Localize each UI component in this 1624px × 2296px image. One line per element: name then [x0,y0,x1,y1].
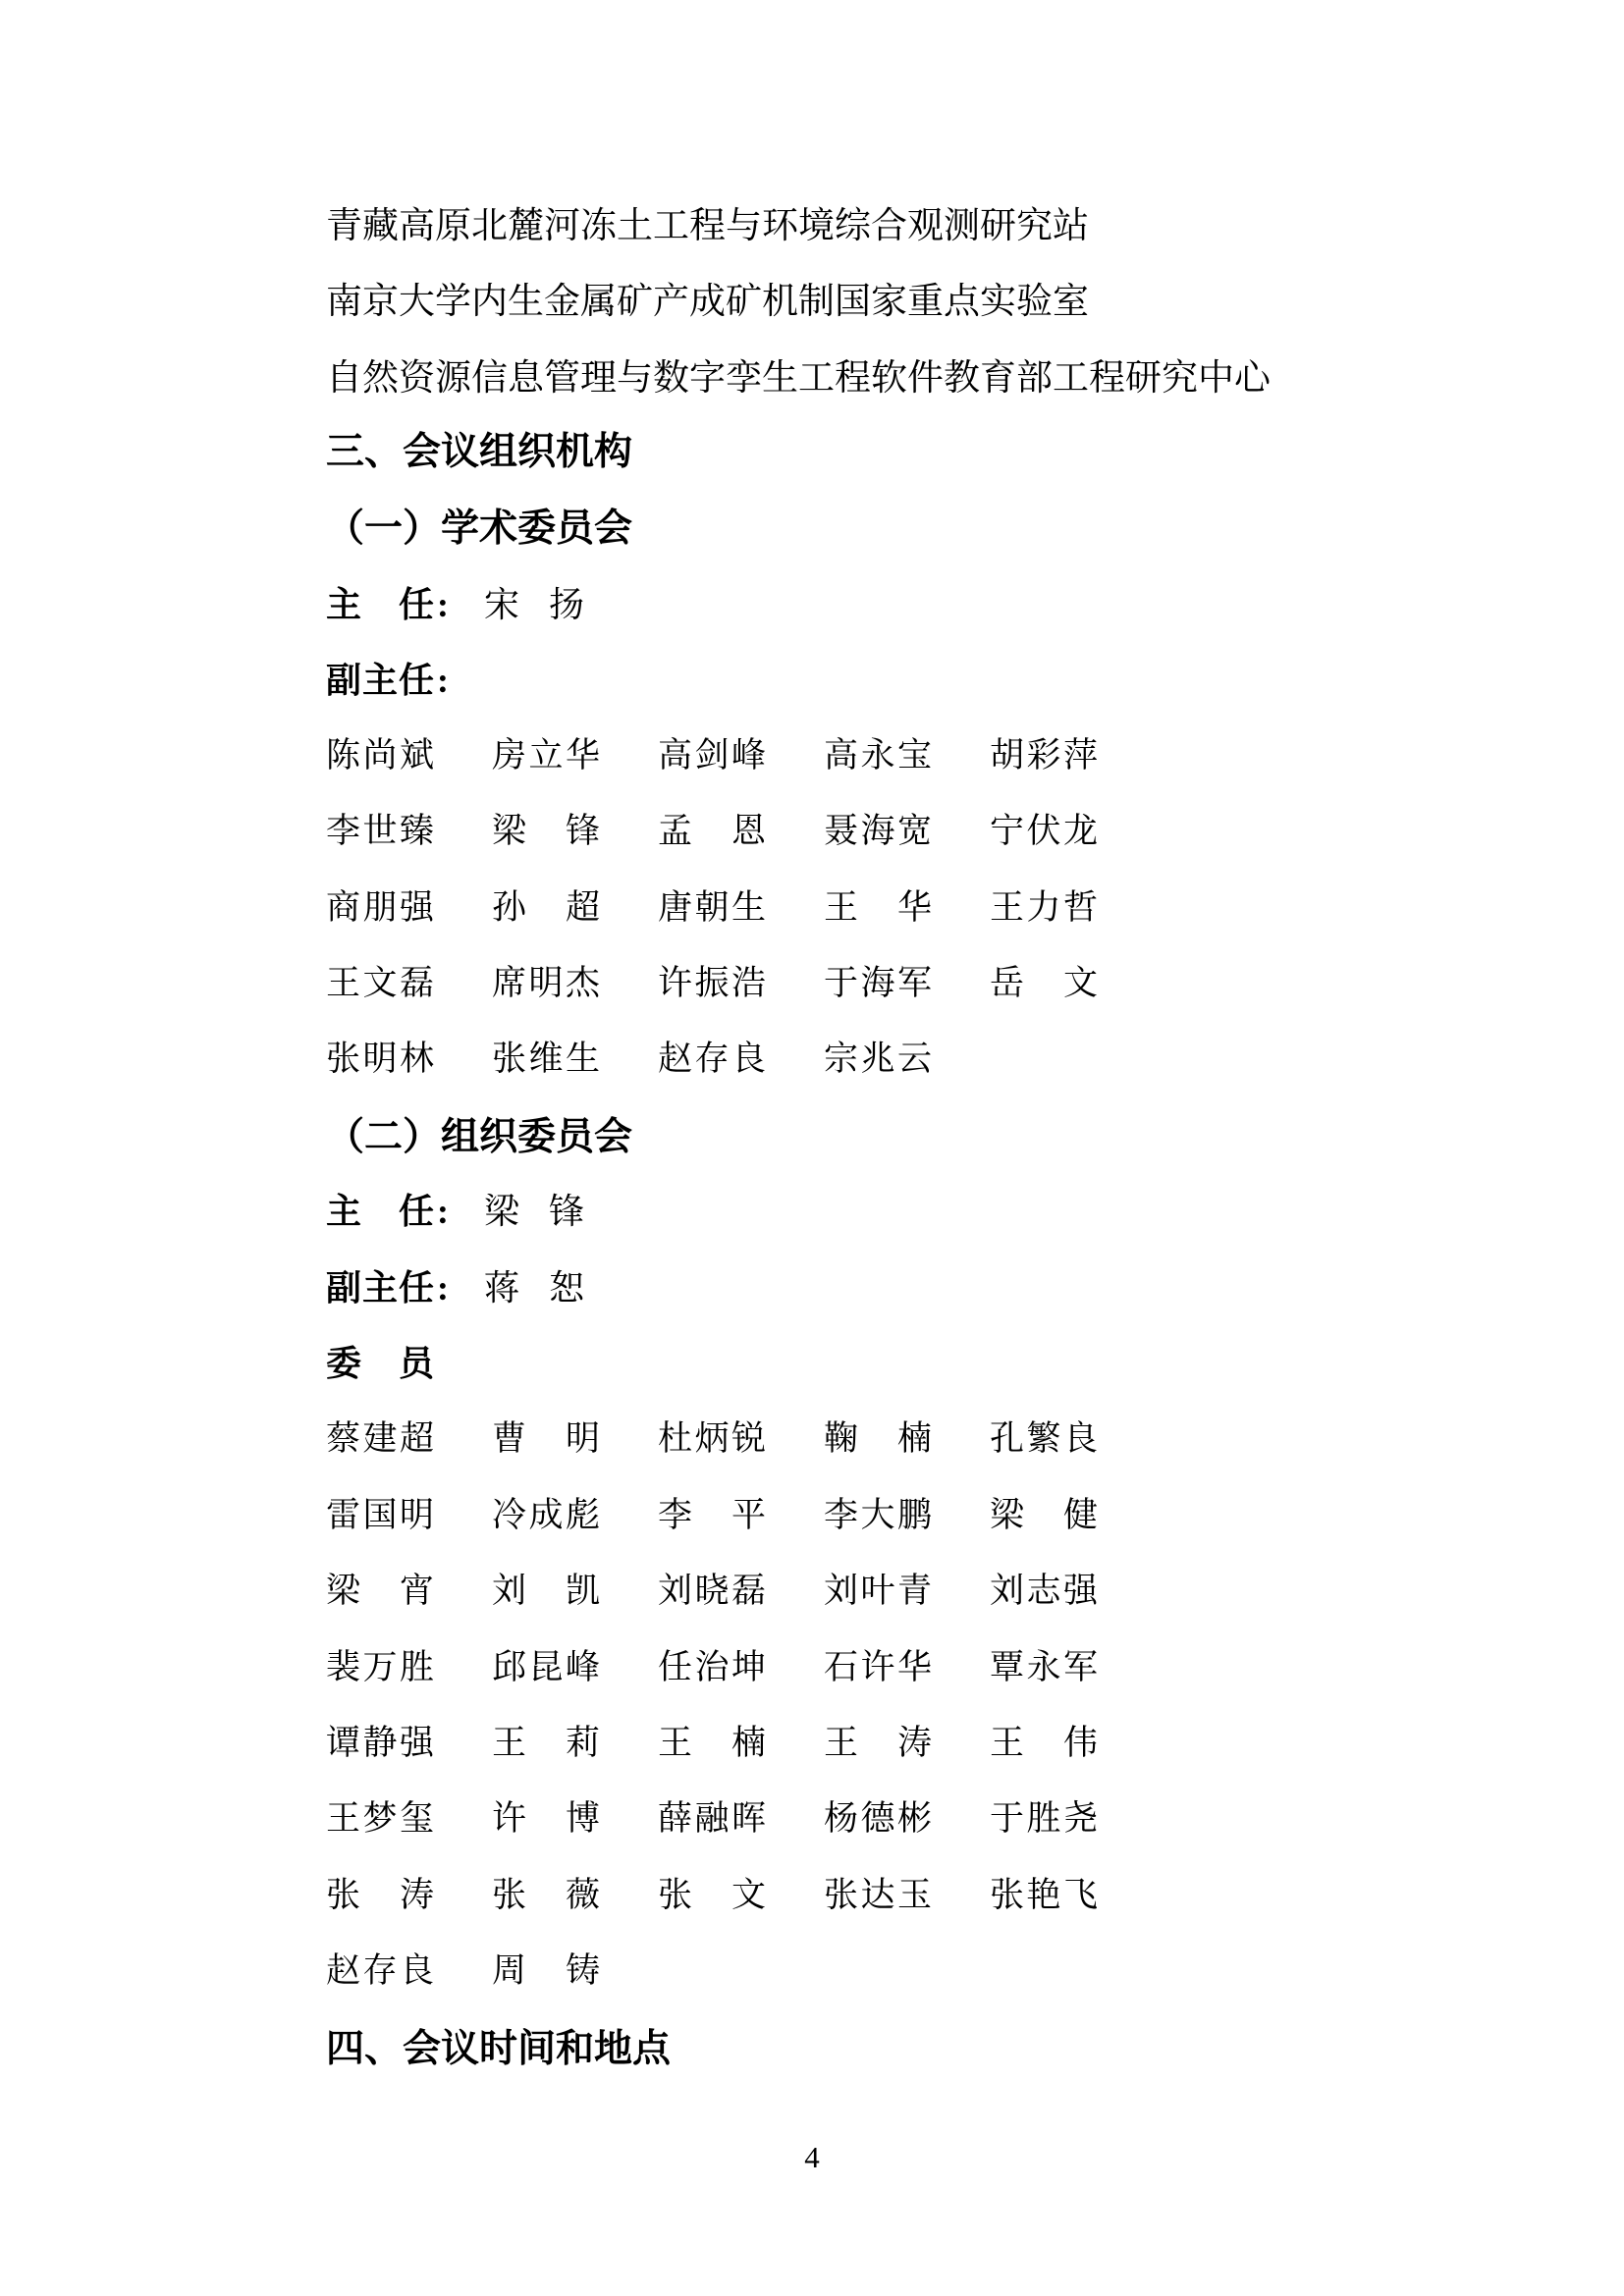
subsection-heading-academic-committee: （一）学术委员会 [326,509,632,548]
char: 生 [731,890,766,925]
member-name: 商朋强 [326,890,434,925]
member-name: 许博 [492,1801,600,1836]
char: 梁 [484,1194,519,1229]
member-name: 陈尚斌 [326,738,434,773]
char: 达 [860,1878,894,1912]
char: 聂 [824,814,858,848]
char: 薛 [658,1801,692,1836]
colon: : [437,663,449,698]
char: 谭 [326,1726,360,1760]
char: 良 [1063,1421,1098,1456]
char: 文 [1063,966,1098,1000]
char: 明 [528,966,563,1000]
name-row: 蔡建超曹明杜炳锐鞠楠孔繁良 [326,1421,1098,1456]
member-name: 王文磊 [326,966,434,1000]
document-page: 青藏高原北麓河冻土工程与环境综合观测研究站 南京大学内生金属矿产成矿机制国家重点… [0,0,1624,2296]
char: 胜 [400,1650,434,1684]
char: 建 [362,1421,397,1456]
char: 刘 [824,1574,858,1608]
char: 存 [362,1953,397,1988]
member-name: 李大鹏 [824,1498,932,1532]
vice-chair-label: 副主任 [326,1270,434,1306]
name-row: 商朋强孙超唐朝生王华王力哲 [326,890,1098,925]
char: 宗 [824,1041,858,1076]
char: 主 [326,587,361,622]
char: 尚 [362,738,397,773]
name-row: 陈尚斌房立华高剑峰高永宝胡彩萍 [326,738,1098,773]
char: 健 [1063,1498,1098,1532]
char: 委 [326,1346,361,1381]
chair-label: 主任 [326,587,434,622]
char: 龙 [1063,814,1098,848]
char: 坤 [731,1650,766,1684]
char: 任 [399,587,434,622]
char: 兆 [860,1041,894,1076]
char: 王 [990,1726,1024,1760]
char: 张 [326,1878,360,1912]
char: 胡 [990,738,1024,773]
char: 陈 [326,738,360,773]
char: 斌 [400,738,434,773]
char: 存 [694,1041,729,1076]
char: 王 [824,890,858,925]
char: 华 [897,890,932,925]
char: 员 [399,1346,434,1381]
char: 峰 [566,1650,600,1684]
char: 朋 [362,890,397,925]
char: 王 [990,890,1024,925]
name-row: 王梦玺许博薛融晖杨德彬于胜尧 [326,1801,1098,1836]
vice-chair-name: 蒋恕 [484,1270,584,1306]
char: 良 [400,1953,434,1988]
member-name: 梁宵 [326,1574,434,1608]
char: 锋 [549,1194,584,1229]
char: 维 [528,1041,563,1076]
member-name: 赵存良 [658,1041,766,1076]
name-row: 赵存良周铸 [326,1953,600,1988]
char: 超 [566,890,600,925]
member-name: 王伟 [990,1726,1098,1760]
char: 岳 [990,966,1024,1000]
char: 杨 [824,1801,858,1836]
char: 彬 [897,1801,932,1836]
char: 振 [694,966,729,1000]
char: 裴 [326,1650,360,1684]
member-name: 席明杰 [492,966,600,1000]
member-name: 杜炳锐 [658,1421,766,1456]
char: 张 [492,1041,526,1076]
member-name: 刘志强 [990,1574,1098,1608]
char: 伏 [1026,814,1060,848]
member-name: 张薇 [492,1878,600,1912]
member-name: 王莉 [492,1726,600,1760]
char: 房 [492,738,526,773]
char: 昆 [528,1650,563,1684]
char: 王 [492,1726,526,1760]
char: 华 [897,1650,932,1684]
name-row: 谭静强王莉王楠王涛王伟 [326,1726,1098,1760]
char: 锋 [566,814,600,848]
char: 青 [897,1574,932,1608]
char: 王 [326,1801,360,1836]
char: 许 [658,966,692,1000]
char: 王 [658,1726,692,1760]
char: 剑 [694,738,729,773]
member-name: 王梦玺 [326,1801,434,1836]
char: 哲 [1063,890,1098,925]
char: 覃 [990,1650,1024,1684]
char: 李 [824,1498,858,1532]
char: 许 [860,1650,894,1684]
char: 主 [362,663,398,698]
member-name: 张文 [658,1878,766,1912]
char: 飞 [1063,1878,1098,1912]
member-name: 冷成彪 [492,1498,600,1532]
char: 高 [658,738,692,773]
char: 力 [1026,890,1060,925]
char: 楠 [897,1421,932,1456]
colon: : [437,1270,449,1306]
academic-vice-chair-line: 副主任: [326,663,449,698]
char: 文 [731,1878,766,1912]
char: 张 [824,1878,858,1912]
member-name: 张达玉 [824,1878,932,1912]
char: 永 [1026,1650,1060,1684]
char: 邱 [492,1650,526,1684]
char: 云 [897,1041,932,1076]
char: 博 [566,1801,600,1836]
char: 浩 [731,966,766,1000]
char: 涛 [897,1726,932,1760]
char: 雷 [326,1498,360,1532]
subsection-heading-organizing-committee: （二）组织委员会 [326,1118,632,1156]
char: 伟 [1063,1726,1098,1760]
char: 萍 [1063,738,1098,773]
char: 石 [824,1650,858,1684]
member-name: 宗兆云 [824,1041,932,1076]
char: 华 [566,738,600,773]
char: 世 [362,814,397,848]
char: 梦 [362,1801,397,1836]
char: 梁 [492,814,526,848]
char: 副 [326,663,361,698]
organizing-vice-chair-line: 副主任:蒋恕 [326,1270,584,1306]
member-name: 张维生 [492,1041,600,1076]
char: 万 [362,1650,397,1684]
char: 赵 [326,1953,360,1988]
char: 宽 [897,814,932,848]
char: 立 [528,738,563,773]
char: 海 [860,814,894,848]
name-row: 李世臻梁锋孟恩聂海宽宁伏龙 [326,814,1098,848]
member-name: 刘凯 [492,1574,600,1608]
member-name: 孟恩 [658,814,766,848]
char: 王 [824,1726,858,1760]
member-name: 刘叶青 [824,1574,932,1608]
members-label-line: 委员 [326,1346,434,1381]
char: 高 [824,738,858,773]
char: 刘 [492,1574,526,1608]
char: 孔 [990,1421,1024,1456]
char: 宁 [990,814,1024,848]
char: 于 [990,1801,1024,1836]
char: 莉 [566,1726,600,1760]
char: 铸 [566,1953,600,1988]
name-row: 梁宵刘凯刘晓磊刘叶青刘志强 [326,1574,1098,1608]
char: 臻 [400,814,434,848]
vice-chair-label: 副主任 [326,663,434,698]
member-name: 刘晓磊 [658,1574,766,1608]
char: 席 [492,966,526,1000]
char: 鹏 [897,1498,932,1532]
char: 于 [824,966,858,1000]
char: 德 [860,1801,894,1836]
member-name: 石许华 [824,1650,932,1684]
char: 玺 [400,1801,434,1836]
institution-line: 自然资源信息管理与数字孪生工程软件教育部工程研究中心 [326,360,1271,397]
member-name: 裴万胜 [326,1650,434,1684]
char: 融 [694,1801,729,1836]
char: 炳 [694,1421,729,1456]
char: 任 [399,663,434,698]
char: 刘 [658,1574,692,1608]
char: 副 [326,1270,361,1306]
member-name: 曹明 [492,1421,600,1456]
char: 涛 [400,1878,434,1912]
char: 磊 [731,1574,766,1608]
colon: : [437,1194,449,1229]
char: 楠 [731,1726,766,1760]
char: 孙 [492,890,526,925]
academic-chair-line: 主任:宋扬 [326,587,584,622]
char: 强 [400,1726,434,1760]
member-name: 高剑峰 [658,738,766,773]
char: 宵 [400,1574,434,1608]
char: 国 [362,1498,397,1532]
member-name: 于胜尧 [990,1801,1098,1836]
member-name: 鞠楠 [824,1421,932,1456]
char: 明 [400,1498,434,1532]
member-name: 高永宝 [824,738,932,773]
char: 梁 [326,1574,360,1608]
organizing-chair-line: 主任:梁锋 [326,1194,584,1229]
char: 峰 [731,738,766,773]
char: 胜 [1026,1801,1060,1836]
member-name: 王华 [824,890,932,925]
member-name: 聂海宽 [824,814,932,848]
member-name: 张明林 [326,1041,434,1076]
char: 赵 [658,1041,692,1076]
char: 锐 [731,1421,766,1456]
char: 明 [362,1041,397,1076]
member-name: 谭静强 [326,1726,434,1760]
char: 薇 [566,1878,600,1912]
member-name: 孙超 [492,890,600,925]
chair-label: 主任 [326,1194,434,1229]
page-number: 4 [0,2140,1624,2175]
char: 刘 [990,1574,1024,1608]
section-heading-organization: 三、会议组织机构 [326,433,632,471]
char: 张 [492,1878,526,1912]
char: 强 [1063,1574,1098,1608]
char: 蒋 [484,1270,519,1306]
char: 恕 [549,1270,584,1306]
char: 志 [1026,1574,1060,1608]
char: 磊 [400,966,434,1000]
member-name: 雷国明 [326,1498,434,1532]
char: 艳 [1026,1878,1060,1912]
char: 商 [326,890,360,925]
char: 宝 [897,738,932,773]
name-row: 雷国明冷成彪李平李大鹏梁健 [326,1498,1098,1532]
member-name: 张涛 [326,1878,434,1912]
char: 鞠 [824,1421,858,1456]
char: 军 [1063,1650,1098,1684]
member-name: 房立华 [492,738,600,773]
char: 任 [658,1650,692,1684]
colon: : [437,587,449,622]
char: 李 [658,1498,692,1532]
char: 晓 [694,1574,729,1608]
char: 宋 [484,587,519,622]
member-name: 覃永军 [990,1650,1098,1684]
char: 李 [326,814,360,848]
member-name: 张艳飞 [990,1878,1098,1912]
name-row: 裴万胜邱昆峰任治坤石许华覃永军 [326,1650,1098,1684]
char: 永 [860,738,894,773]
member-name: 王涛 [824,1726,932,1760]
member-name: 邱昆峰 [492,1650,600,1684]
char: 彪 [566,1498,600,1532]
member-name: 岳文 [990,966,1098,1000]
char: 主 [326,1194,361,1229]
member-name: 宁伏龙 [990,814,1098,848]
member-name: 梁健 [990,1498,1098,1532]
char: 王 [326,966,360,1000]
char: 杰 [566,966,600,1000]
char: 扬 [549,587,584,622]
char: 明 [566,1421,600,1456]
char: 许 [492,1801,526,1836]
char: 静 [362,1726,397,1760]
char: 主 [362,1270,398,1306]
char: 彩 [1026,738,1060,773]
member-name: 唐朝生 [658,890,766,925]
chair-name: 梁锋 [484,1194,584,1229]
char: 曹 [492,1421,526,1456]
char: 强 [400,890,434,925]
member-name: 周铸 [492,1953,600,1988]
char: 张 [658,1878,692,1912]
char: 蔡 [326,1421,360,1456]
char: 朝 [694,890,729,925]
char: 孟 [658,814,692,848]
member-name: 孔繁良 [990,1421,1098,1456]
char: 文 [362,966,397,1000]
char: 任 [399,1194,434,1229]
chair-name: 宋扬 [484,587,584,622]
member-name: 于海军 [824,966,932,1000]
institution-line: 南京大学内生金属矿产成矿机制国家重点实验室 [326,284,1089,320]
member-name: 梁锋 [492,814,600,848]
institution-line: 青藏高原北麓河冻土工程与环境综合观测研究站 [326,208,1089,244]
char: 玉 [897,1878,932,1912]
member-name: 胡彩萍 [990,738,1098,773]
member-name: 王力哲 [990,890,1098,925]
char: 军 [897,966,932,1000]
char: 林 [400,1041,434,1076]
char: 治 [694,1650,729,1684]
char: 繁 [1026,1421,1060,1456]
name-row: 王文磊席明杰许振浩于海军岳文 [326,966,1098,1000]
char: 生 [566,1041,600,1076]
char: 晖 [731,1801,766,1836]
char: 平 [731,1498,766,1532]
member-name: 蔡建超 [326,1421,434,1456]
member-name: 杨德彬 [824,1801,932,1836]
char: 杜 [658,1421,692,1456]
char: 叶 [860,1574,894,1608]
name-row: 张涛张薇张文张达玉张艳飞 [326,1878,1098,1912]
char: 唐 [658,890,692,925]
char: 张 [990,1878,1024,1912]
char: 梁 [990,1498,1024,1532]
member-name: 薛融晖 [658,1801,766,1836]
section-heading-time-place: 四、会议时间和地点 [326,2030,671,2068]
name-row: 张明林张维生赵存良宗兆云 [326,1041,932,1076]
char: 凯 [566,1574,600,1608]
char: 尧 [1063,1801,1098,1836]
member-name: 李世臻 [326,814,434,848]
char: 超 [400,1421,434,1456]
char: 任 [399,1270,434,1306]
char: 良 [731,1041,766,1076]
members-label: 委员 [326,1346,434,1381]
member-name: 赵存良 [326,1953,434,1988]
char: 大 [860,1498,894,1532]
char: 周 [492,1953,526,1988]
char: 张 [326,1041,360,1076]
member-name: 许振浩 [658,966,766,1000]
member-name: 王楠 [658,1726,766,1760]
member-name: 任治坤 [658,1650,766,1684]
member-name: 李平 [658,1498,766,1532]
char: 冷 [492,1498,526,1532]
char: 海 [860,966,894,1000]
char: 成 [528,1498,563,1532]
char: 恩 [731,814,766,848]
